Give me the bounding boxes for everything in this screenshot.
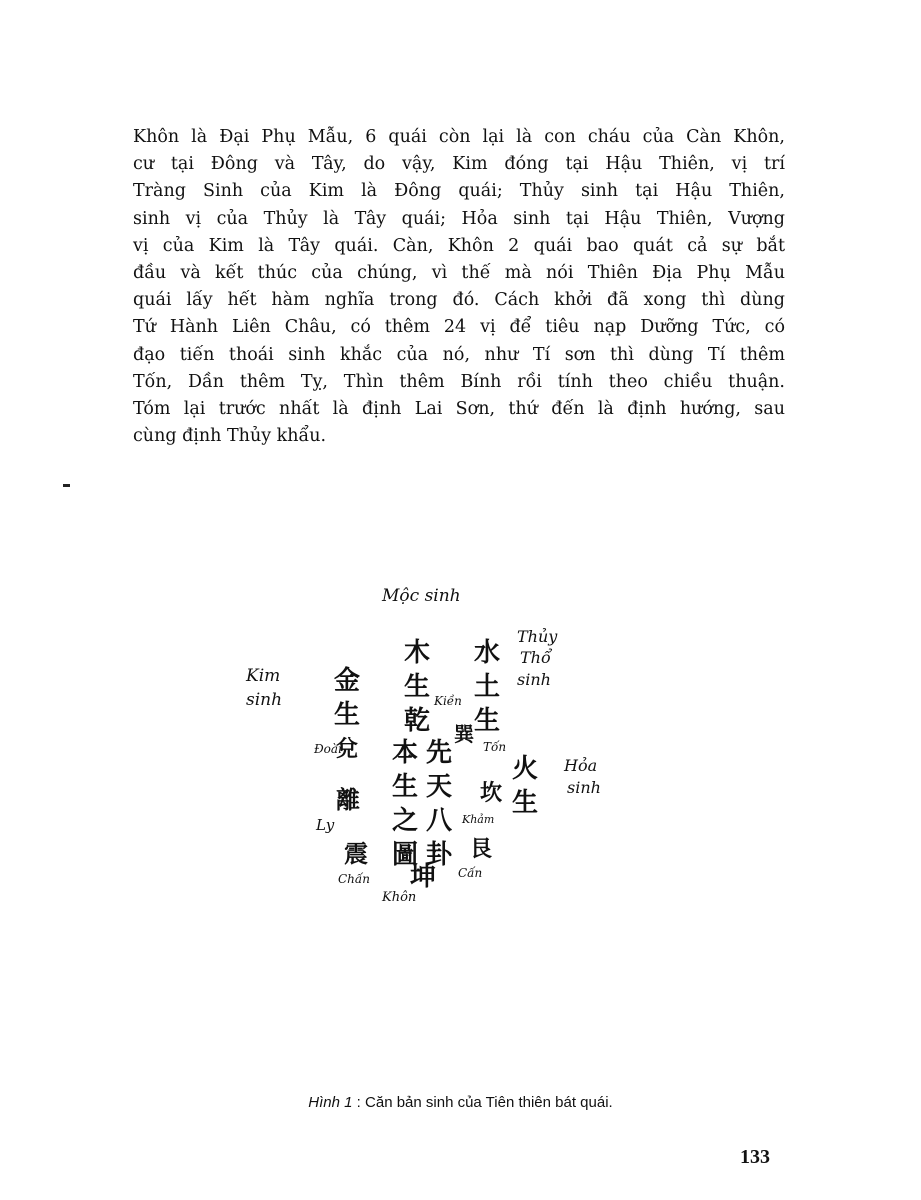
label-thuy-tho-sinh: sinh — [517, 670, 551, 689]
trigram-gen: 艮 — [470, 832, 492, 863]
column-fire: 火 生 — [510, 752, 540, 820]
column-kun: 坤 — [408, 860, 438, 894]
glyph: 乾 — [402, 704, 432, 738]
glyph: 先 — [424, 736, 454, 770]
column-wood-qian: 木 生 乾 — [402, 636, 432, 738]
trigram-xun: 巽 — [454, 718, 474, 747]
text-line: quái lấy hết hàm nghĩa trong đó. Cách kh… — [133, 287, 785, 314]
glyph: 天 — [424, 770, 454, 804]
label-chan: Chấn — [338, 872, 370, 886]
glyph: 木 — [402, 636, 432, 670]
page-number: 133 — [740, 1146, 770, 1169]
glyph: 本 — [390, 736, 420, 770]
glyph: 生 — [390, 770, 420, 804]
label-tho: Thổ — [520, 648, 551, 667]
text-line: Khôn là Đại Phụ Mẫu, 6 quái còn lại là c… — [133, 124, 785, 151]
book-page: Khôn là Đại Phụ Mẫu, 6 quái còn lại là c… — [0, 0, 921, 1200]
label-kim: Kim — [246, 666, 280, 686]
column-center-right: 先 天 八 卦 — [424, 736, 454, 872]
glyph: 生 — [472, 704, 502, 738]
trigram-li: 離 — [336, 780, 360, 815]
trigram-kan: 坎 — [480, 776, 502, 807]
caption-text: Căn bản sinh của Tiên thiên bát quái. — [365, 1094, 613, 1111]
label-kim-sinh: sinh — [246, 690, 282, 710]
bagua-diagram: Mộc sinh Thủy Thổ sinh Kim sinh Hỏa sinh… — [230, 580, 610, 920]
caption-separator: : — [353, 1094, 366, 1111]
figure-caption: Hình 1 : Căn bản sinh của Tiên thiên bát… — [0, 1094, 921, 1111]
column-center-left: 本 生 之 圖 — [390, 736, 420, 872]
glyph: 之 — [390, 804, 420, 838]
trigram-dui: 兌 — [336, 732, 358, 763]
label-ton: Tốn — [483, 740, 506, 754]
glyph: 生 — [510, 786, 540, 820]
text-line: vị của Kim là Tây quái. Càn, Khôn 2 quái… — [133, 233, 785, 260]
text-line: cùng định Thủy khẩu. — [133, 423, 785, 450]
label-can: Cấn — [458, 866, 482, 880]
glyph: 生 — [402, 670, 432, 704]
body-paragraph: Khôn là Đại Phụ Mẫu, 6 quái còn lại là c… — [133, 124, 785, 450]
text-line: sinh vị của Thủy là Tây quái; Hỏa sinh t… — [133, 206, 785, 233]
label-thuy: Thủy — [517, 627, 557, 646]
text-line: đầu và kết thúc của chúng, vì thế mà nói… — [133, 260, 785, 287]
column-water-earth: 水 土 生 — [472, 636, 502, 738]
glyph: 水 — [472, 636, 502, 670]
text-line: Tràng Sinh của Kim là Đông quái; Thủy si… — [133, 178, 785, 205]
label-kien: Kiền — [434, 694, 462, 708]
glyph: 八 — [424, 804, 454, 838]
glyph: 坤 — [408, 860, 438, 894]
glyph: 生 — [332, 698, 362, 732]
glyph: 土 — [472, 670, 502, 704]
label-kham: Khảm — [462, 813, 494, 826]
text-line: Tứ Hành Liên Châu, có thêm 24 vị để tiêu… — [133, 314, 785, 341]
label-hoa-sinh: sinh — [567, 778, 601, 797]
label-moc-sinh: Mộc sinh — [382, 586, 461, 606]
glyph: 火 — [510, 752, 540, 786]
text-line: đạo tiến thoái sinh khắc của nó, như Tí … — [133, 342, 785, 369]
trigram-zhen: 震 — [344, 834, 368, 869]
glyph: 金 — [332, 664, 362, 698]
caption-label: Hình 1 — [308, 1094, 352, 1111]
text-line: cư tại Đông và Tây, do vậy, Kim đóng tại… — [133, 151, 785, 178]
text-line: Tóm lại trước nhất là định Lai Sơn, thứ … — [133, 396, 785, 423]
text-line: Tốn, Dần thêm Tỵ, Thìn thêm Bính rồi tín… — [133, 369, 785, 396]
label-ly: Ly — [316, 816, 334, 834]
margin-dash-mark — [63, 484, 70, 487]
label-hoa: Hỏa — [564, 756, 597, 775]
column-metal: 金 生 — [332, 664, 362, 732]
